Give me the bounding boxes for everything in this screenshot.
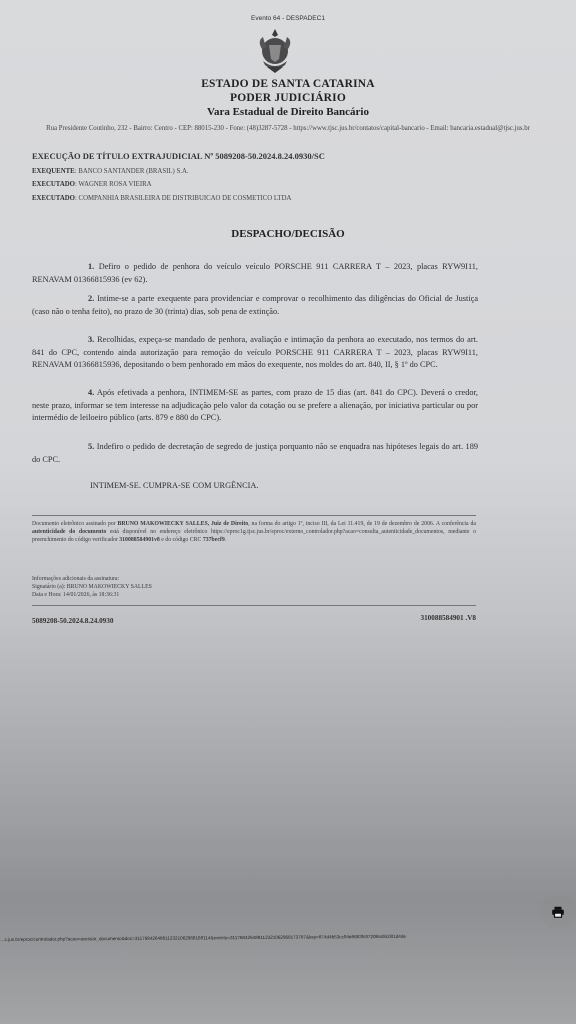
paragraph-text: Defiro o pedido de penhora do veículo ve… — [32, 262, 478, 284]
paragraph-text: Após efetivada a penhora, INTIMEM-SE as … — [32, 388, 478, 422]
party-exequente: EXEQUENTE: BANCO SANTANDER (BRASIL) S.A. — [32, 168, 189, 175]
judiciary-heading: PODER JUDICIÁRIO — [0, 92, 576, 104]
paragraph-2: 2. Intime-se a parte exequente para prov… — [32, 293, 478, 318]
divider — [32, 515, 476, 516]
decision-title: DESPACHO/DECISÃO — [0, 228, 576, 240]
printer-icon — [551, 905, 565, 919]
court-address: Rua Presidente Coutinho, 232 - Bairro: C… — [32, 124, 544, 133]
paragraph-number: 5. — [88, 442, 94, 451]
paragraph-number: 2. — [88, 294, 94, 303]
print-button[interactable] — [540, 894, 576, 930]
party-name: COMPANHIA BRASILEIRA DE DISTRIBUICAO DE … — [79, 195, 292, 202]
footer-document-code: 310088584901 .V8 — [384, 614, 476, 622]
footer-process-number: 5089208-50.2024.8.24.0930 — [32, 617, 113, 625]
party-role: EXECUTADO — [32, 181, 75, 188]
paragraph-text: Recolhidas, expeça-se mandado de penhora… — [32, 335, 478, 369]
party-name: WAGNER ROSA VIEIRA — [78, 181, 151, 188]
signer-name: BRUNO MAKOWIECKY SALLES, Juiz de Direito — [117, 521, 248, 527]
paragraph-5: 5. Indefiro o pedido de decretação de se… — [32, 441, 478, 466]
party-role: EXECUTADO — [32, 195, 75, 202]
paragraph-1: 1. Defiro o pedido de penhora do veículo… — [32, 261, 478, 286]
closing-order: INTIMEM-SE. CUMPRA-SE COM URGÊNCIA. — [90, 481, 258, 490]
party-executado-1: EXECUTADO: WAGNER ROSA VIEIRA — [32, 181, 152, 188]
sig-text: , na forma do artigo 1º, inciso III, da … — [248, 521, 476, 527]
signatory: Signatário (a): BRUNO MAKOWIECKY SALLES — [32, 583, 152, 591]
signature-info-label: Informações adicionais da assinatura: — [32, 575, 152, 583]
divider — [32, 605, 476, 606]
paragraph-4: 4. Após efetivada a penhora, INTIMEM-SE … — [32, 387, 478, 425]
signature-datetime: Data e Hora: 14/01/2026, às 18:36:31 — [32, 591, 152, 599]
party-name: BANCO SANTANDER (BRASIL) S.A. — [78, 168, 188, 175]
paragraph-number: 3. — [88, 335, 94, 344]
crc-code: 737becf9 — [203, 537, 225, 543]
sig-text: . — [225, 537, 226, 543]
signature-info: Informações adicionais da assinatura: Si… — [32, 575, 152, 600]
party-executado-2: EXECUTADO: COMPANHIA BRASILEIRA DE DISTR… — [32, 195, 291, 202]
party-role: EXEQUENTE — [32, 168, 75, 175]
coat-of-arms-icon — [253, 27, 297, 75]
signature-block: Documento eletrônico assinado por BRUNO … — [32, 520, 476, 545]
sig-text: Documento eletrônico assinado por — [32, 521, 117, 527]
process-title: EXECUÇÃO DE TÍTULO EXTRAJUDICIAL Nº 5089… — [32, 151, 325, 161]
paragraph-number: 4. — [88, 388, 94, 397]
browser-url: …c.jus.br/eproc/controlador.php?acao=ace… — [0, 932, 576, 942]
event-label: Evento 64 - DESPADEC1 — [0, 15, 576, 22]
paragraph-3: 3. Recolhidas, expeça-se mandado de penh… — [32, 334, 478, 372]
paragraph-text: Intime-se a parte exequente para provide… — [32, 294, 478, 316]
court-heading: Vara Estadual de Direito Bancário — [0, 106, 576, 118]
auth-label: autenticidade do documento — [32, 529, 106, 535]
paragraph-text: Indefiro o pedido de decretação de segre… — [32, 442, 478, 464]
state-heading: ESTADO DE SANTA CATARINA — [0, 78, 576, 90]
paragraph-number: 1. — [88, 262, 94, 271]
document-page: Evento 64 - DESPADEC1 ESTADO DE SANTA CA… — [0, 0, 576, 1024]
verification-code: 310088584901v8 — [119, 537, 160, 543]
sig-text: e do código CRC — [160, 537, 203, 543]
